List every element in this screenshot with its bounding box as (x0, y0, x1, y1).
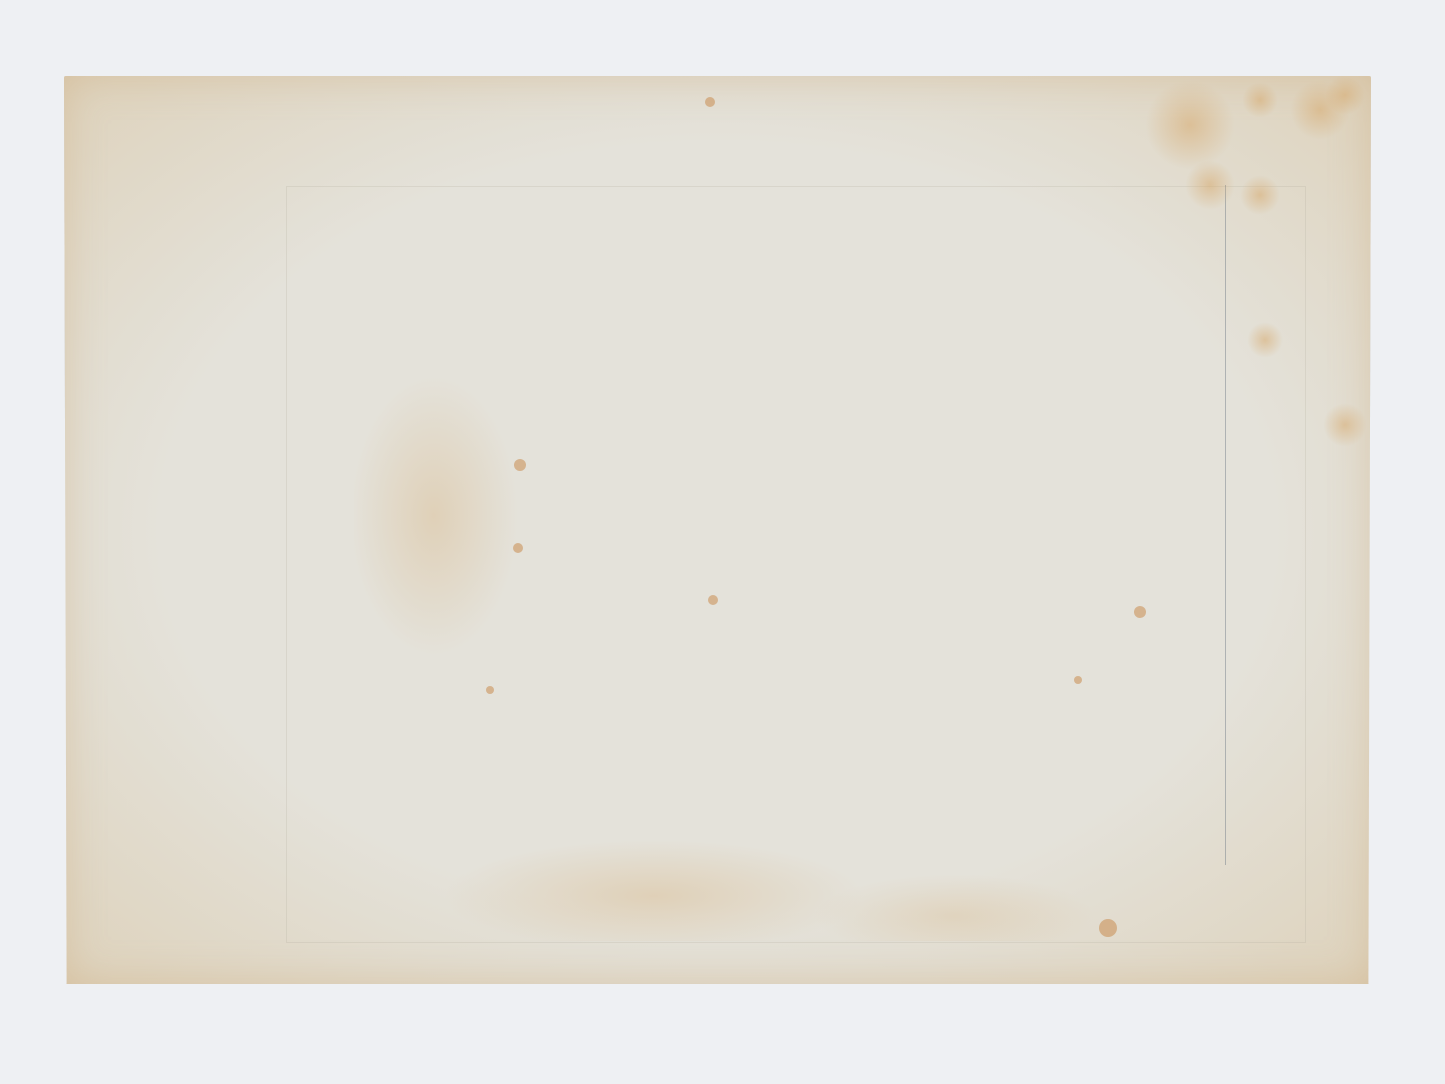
foxing-spot (513, 543, 523, 553)
show-through-image (354, 376, 1154, 941)
stain (1323, 403, 1367, 447)
foxing-spot (514, 459, 526, 471)
stain (1240, 175, 1280, 215)
foxing-spot (708, 595, 718, 605)
pencil-line (1225, 185, 1226, 865)
stain (1242, 82, 1278, 118)
foxing-spot (1074, 676, 1082, 684)
foxing-spot (1099, 919, 1117, 937)
foxing-spot (1134, 606, 1146, 618)
paper-sheet (64, 76, 1371, 984)
foxing-spot (486, 686, 494, 694)
stain (1185, 160, 1235, 210)
foxing-spot (705, 97, 715, 107)
stain (1325, 75, 1365, 115)
stain (1145, 80, 1235, 170)
stain (1247, 322, 1283, 358)
